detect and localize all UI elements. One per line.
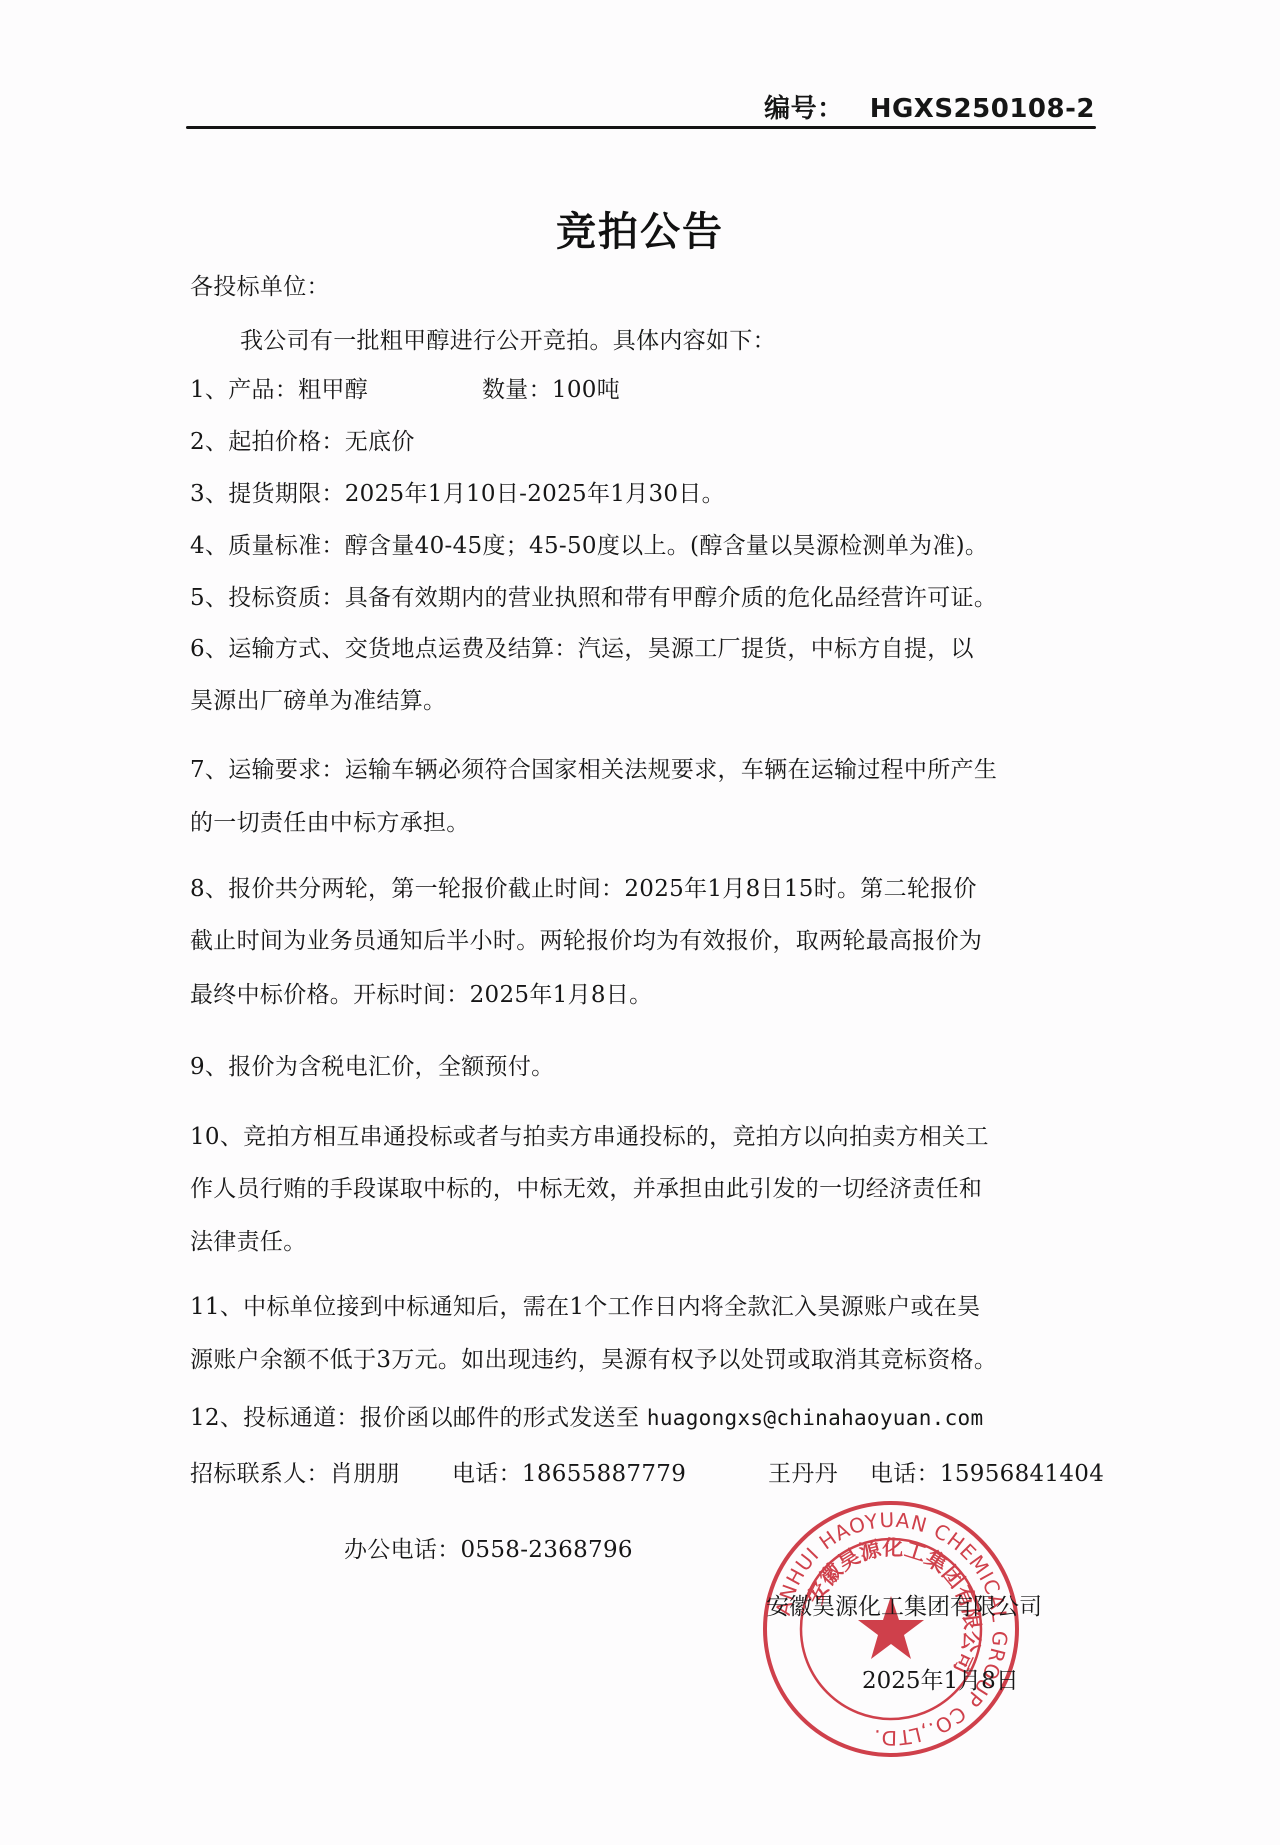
item-4-quality-standard: 4、质量标准：醇含量40-45度；45-50度以上。(醇含量以昊源检测单为准)。 xyxy=(190,531,988,561)
item-9-payment: 9、报价为含税电汇价，全额预付。 xyxy=(190,1052,554,1082)
item-7-transport-req-line1: 7、运输要求：运输车辆必须符合国家相关法规要求，车辆在运输过程中所产生 xyxy=(190,755,997,785)
item-11-winner-payment-line2: 源账户余额不低于3万元。如出现违约，昊源有权予以处罚或取消其竞标资格。 xyxy=(190,1345,997,1375)
contact1-phone: 电话：18655887779 xyxy=(452,1459,686,1489)
document-page: 编号：HGXS250108-2 竞拍公告 各投标单位： 我公司有一批粗甲醇进行公… xyxy=(0,0,1280,1845)
item-8-bidding-rounds-line3: 最终中标价格。开标时间：2025年1月8日。 xyxy=(190,980,652,1010)
item-10-collusion-line2: 作人员行贿的手段谋取中标的，中标无效，并承担由此引发的一切经济责任和 xyxy=(190,1174,982,1204)
item-10-collusion-line1: 10、竞拍方相互串通投标或者与拍卖方串通投标的，竞拍方以向拍卖方相关工 xyxy=(190,1122,989,1152)
item-1-quantity: 数量：100吨 xyxy=(482,375,620,405)
document-number: 编号：HGXS250108-2 xyxy=(764,88,1095,125)
bid-email-link[interactable]: huagongxs@chinahaoyuan.com xyxy=(647,1406,984,1430)
header-divider xyxy=(186,126,1096,129)
contact-label: 招标联系人： xyxy=(190,1461,330,1487)
signature-company: 安徽昊源化工集团有限公司 xyxy=(766,1592,1042,1622)
item-8-bidding-rounds-line1: 8、报价共分两轮，第一轮报价截止时间：2025年1月8日15时。第二轮报价 xyxy=(190,874,977,904)
salutation: 各投标单位： xyxy=(190,272,330,302)
contact-row: 招标联系人：肖朋朋 xyxy=(190,1459,400,1489)
item-5-bidder-qualification: 5、投标资质：具备有效期内的营业执照和带有甲醇介质的危化品经营许可证。 xyxy=(190,583,997,613)
item-8-bidding-rounds-line2: 截止时间为业务员通知后半小时。两轮报价均为有效报价，取两轮最高报价为 xyxy=(190,926,982,956)
page-title: 竞拍公告 xyxy=(0,200,1280,257)
item-11-winner-payment-line1: 11、中标单位接到中标通知后，需在1个工作日内将全款汇入昊源账户或在昊 xyxy=(190,1292,980,1322)
contact2-name: 王丹丹 xyxy=(768,1459,838,1489)
document-number-value: HGXS250108-2 xyxy=(870,94,1095,124)
document-number-label: 编号： xyxy=(764,94,844,124)
item-12-bid-channel: 12、投标通道：报价函以邮件的形式发送至 huagongxs@chinahaoy… xyxy=(190,1403,983,1433)
office-phone: 办公电话：0558-2368796 xyxy=(344,1535,633,1565)
item-10-collusion-line3: 法律责任。 xyxy=(190,1227,307,1257)
item-12-label: 12、投标通道：报价函以邮件的形式发送至 xyxy=(190,1405,647,1431)
item-3-pickup-period: 3、提货期限：2025年1月10日-2025年1月30日。 xyxy=(190,479,725,509)
intro-paragraph: 我公司有一批粗甲醇进行公开竞拍。具体内容如下： xyxy=(240,326,776,356)
contact2-phone: 电话：15956841404 xyxy=(870,1459,1104,1489)
company-seal-icon: ANHUI HAOYUAN CHEMICAL GROUP CO.,LTD. 安徽… xyxy=(760,1498,1022,1760)
item-7-transport-req-line2: 的一切责任由中标方承担。 xyxy=(190,808,470,838)
signature-date: 2025年1月8日 xyxy=(862,1666,1019,1696)
item-6-transport-line1: 6、运输方式、交货地点运费及结算：汽运，昊源工厂提货，中标方自提，以 xyxy=(190,634,974,664)
item-2-start-price: 2、起拍价格：无底价 xyxy=(190,427,415,457)
item-1-product: 1、产品：粗甲醇 xyxy=(190,375,368,405)
contact1-name: 肖朋朋 xyxy=(330,1461,400,1487)
item-6-transport-line2: 昊源出厂磅单为准结算。 xyxy=(190,686,446,716)
